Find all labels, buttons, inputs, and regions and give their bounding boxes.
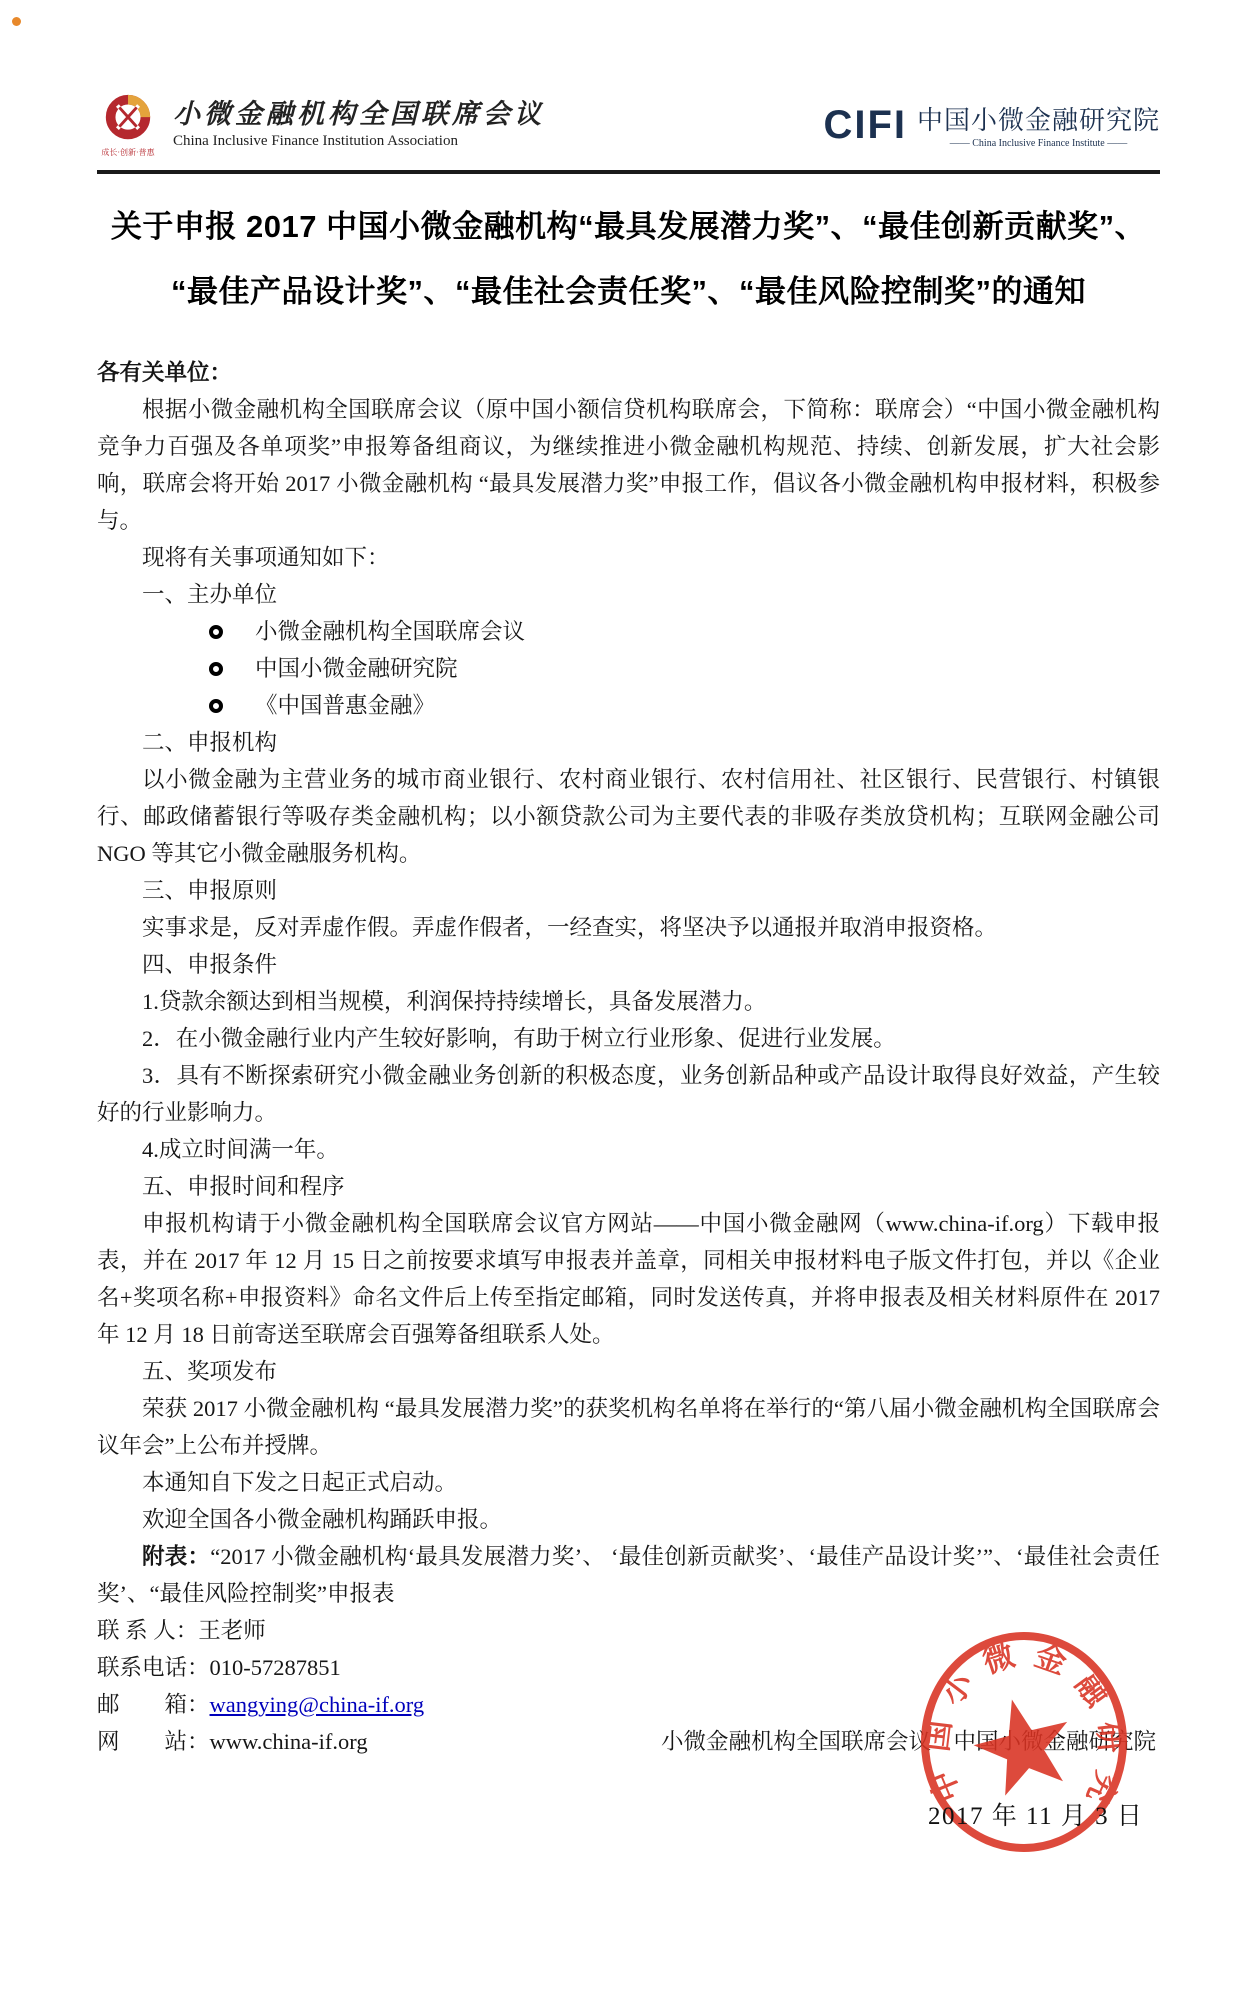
- host-unit-label: 中国小微金融研究院: [255, 650, 458, 687]
- bullet-ring-icon: [209, 662, 223, 676]
- contact-email-label: 邮 箱：: [97, 1686, 210, 1723]
- host-units-list: 小微金融机构全国联席会议 中国小微金融研究院 《中国普惠金融》: [97, 613, 1160, 724]
- header-divider: [97, 170, 1160, 174]
- section2-paragraph: 以小微金融为主营业务的城市商业银行、农村商业银行、农村信用社、社区银行、民营银行…: [97, 761, 1160, 872]
- contact-website-label: 网 站：: [97, 1729, 210, 1754]
- list-item: 中国小微金融研究院: [209, 650, 1160, 687]
- bullet-ring-icon: [209, 699, 223, 713]
- contact-phone-value: 010-57287851: [210, 1649, 341, 1686]
- section5-heading: 五、申报时间和程序: [97, 1168, 1160, 1205]
- document-header: 成长·创新·普惠 小微金融机构全国联席会议 China Inclusive Fi…: [0, 0, 1257, 170]
- notice-body: 各有关单位： 根据小微金融机构全国联席会议（原中国小额信贷机构联席会，下简称：联…: [97, 354, 1160, 1760]
- condition-item: 1.贷款余额达到相当规模，利润保持持续增长，具备发展潜力。: [97, 983, 1160, 1020]
- cifi-logo: CIFI 中国小微金融研究院 —— China Inclusive Financ…: [823, 100, 1160, 149]
- host-unit-label: 小微金融机构全国联席会议: [255, 613, 525, 650]
- attachment-label: 附表：: [142, 1544, 210, 1569]
- list-item: 小微金融机构全国联席会议: [209, 613, 1160, 650]
- condition-item: 2．在小微金融行业内产生较好影响，有助于树立行业形象、促进行业发展。: [97, 1020, 1160, 1057]
- notice-title: 关于申报 2017 中国小微金融机构“最具发展潜力奖”、“最佳创新贡献奖”、 “…: [0, 194, 1257, 324]
- association-motto: 成长·创新·普惠: [101, 147, 154, 158]
- cifi-name-cn: 中国小微金融研究院: [917, 100, 1160, 137]
- seal-star-icon: [965, 1688, 1081, 1800]
- section4-heading: 四、申报条件: [97, 946, 1160, 983]
- intro-paragraph: 根据小微金融机构全国联席会议（原中国小额信贷机构联席会，下简称：联席会）“中国小…: [97, 391, 1160, 539]
- section3-paragraph: 实事求是，反对弄虚作假。弄虚作假者，一经查实，将坚决予以通报并取消申报资格。: [97, 909, 1160, 946]
- section2-heading: 二、申报机构: [97, 724, 1160, 761]
- contact-person-label: 联 系 人：: [97, 1612, 198, 1649]
- condition-item: 3．具有不断探索研究小微金融业务创新的积极态度，业务创新品种或产品设计取得良好效…: [97, 1057, 1160, 1131]
- notice-document-page: 成长·创新·普惠 小微金融机构全国联席会议 China Inclusive Fi…: [0, 0, 1257, 2000]
- condition-item: 4.成立时间满一年。: [97, 1131, 1160, 1168]
- association-name-en: China Inclusive Finance Institution Asso…: [173, 133, 545, 150]
- welcome-line: 欢迎全国各小微金融机构踊跃申报。: [97, 1501, 1160, 1538]
- issue-date: 2017 年 11 月 3 日: [928, 1796, 1143, 1832]
- attachment-text: “2017 小微金融机构‘最具发展潜力奖’、 ‘最佳创新贡献奖’、‘最佳产品设计…: [97, 1544, 1160, 1606]
- section1-heading: 一、主办单位: [97, 576, 1160, 613]
- list-item: 《中国普惠金融》: [209, 687, 1160, 724]
- association-knot-icon: 成长·创新·普惠: [97, 92, 159, 158]
- notice-title-line1: 关于申报 2017 中国小微金融机构“最具发展潜力奖”、“最佳创新贡献奖”、: [0, 194, 1257, 259]
- contact-website: 网 站：www.china-if.org: [97, 1723, 368, 1760]
- contact-phone-label: 联系电话：: [97, 1649, 210, 1686]
- launch-line: 本通知自下发之日起正式启动。: [97, 1464, 1160, 1501]
- section5-paragraph: 申报机构请于小微金融机构全国联席会议官方网站——中国小微金融网（www.chin…: [97, 1205, 1160, 1353]
- notice-title-line2: “最佳产品设计奖”、“最佳社会责任奖”、“最佳风险控制奖”的通知: [0, 259, 1257, 324]
- section6-heading: 五、奖项发布: [97, 1353, 1160, 1390]
- host-unit-label: 《中国普惠金融》: [255, 687, 435, 724]
- section6-paragraph: 荣获 2017 小微金融机构 “最具发展潜力奖”的获奖机构名单将在举行的“第八届…: [97, 1390, 1160, 1464]
- cifi-name-en: —— China Inclusive Finance Institute ——: [917, 138, 1160, 149]
- association-name-cn: 小微金融机构全国联席会议: [173, 92, 545, 131]
- contact-person-value: 王老师: [198, 1612, 266, 1649]
- bullet-ring-icon: [209, 625, 223, 639]
- attachment-paragraph: 附表：“2017 小微金融机构‘最具发展潜力奖’、 ‘最佳创新贡献奖’、‘最佳产…: [97, 1538, 1160, 1612]
- contact-email-link[interactable]: wangying@china-if.org: [210, 1686, 425, 1723]
- association-logo: 成长·创新·普惠 小微金融机构全国联席会议 China Inclusive Fi…: [97, 92, 545, 158]
- section3-heading: 三、申报原则: [97, 872, 1160, 909]
- salutation: 各有关单位：: [97, 354, 1160, 391]
- contact-website-value: www.china-if.org: [210, 1729, 368, 1754]
- cifi-dot-icon: [12, 17, 21, 26]
- notice-lead: 现将有关事项通知如下：: [97, 539, 1160, 576]
- cifi-acronym: CIFI: [823, 105, 907, 145]
